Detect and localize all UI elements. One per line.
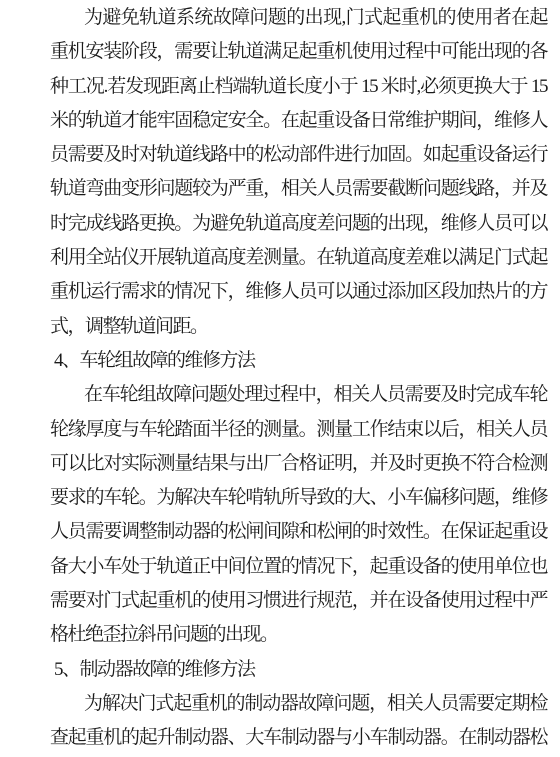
text-block: 为避免轨道系统故障问题的出现,门式起重机的使用者在起重机安装阶段，需要让轨道满足…: [50, 1, 547, 756]
text-line: 格杜绝歪拉斜吊问题的出现。: [50, 618, 547, 652]
document-page: 为避免轨道系统故障问题的出现,门式起重机的使用者在起重机安装阶段，需要让轨道满足…: [0, 0, 560, 757]
section-heading: 5、制动器故障的维修方法: [50, 653, 547, 687]
text-line: 轮缘厚度与车轮踏面半径的测量。测量工作结束以后，相关人员: [50, 413, 547, 447]
text-line: 重机安装阶段，需要让轨道满足起重机使用过程中可能出现的各: [50, 35, 547, 69]
text-line: 时完成线路更换。为避免轨道高度差问题的出现，维修人员可以: [50, 207, 547, 241]
text-line: 为避免轨道系统故障问题的出现,门式起重机的使用者在起: [50, 1, 547, 35]
text-line: 米的轨道才能牢固稳定安全。在起重设备日常维护期间，维修人: [50, 104, 547, 138]
text-line: 人员需要调整制动器的松闸间隙和松闸的时效性。在保证起重设: [50, 515, 547, 549]
text-line: 需要对门式起重机的使用习惯进行规范，并在设备使用过程中严: [50, 584, 547, 618]
text-line: 轨道弯曲变形问题较为严重，相关人员需要截断问题线路，并及: [50, 172, 547, 206]
text-line: 备大小车处于轨道正中间位置的情况下，起重设备的使用单位也: [50, 550, 547, 584]
text-line: 查起重机的起升制动器、大车制动器与小车制动器。在制动器松: [50, 721, 547, 755]
text-line: 员需要及时对轨道线路中的松动部件进行加固。如起重设备运行: [50, 138, 547, 172]
text-line: 为解决门式起重机的制动器故障问题，相关人员需要定期检: [50, 687, 547, 721]
text-line: 可以比对实际测量结果与出厂合格证明，并及时更换不符合检测: [50, 447, 547, 481]
text-line: 要求的车轮。为解决车轮啃轨所导致的大、小车偏移问题，维修: [50, 481, 547, 515]
text-line: 在车轮组故障问题处理过程中，相关人员需要及时完成车轮: [50, 378, 547, 412]
text-line: 重机运行需求的情况下，维修人员可以通过添加区段加热片的方: [50, 275, 547, 309]
text-line: 式，调整轨道间距。: [50, 310, 547, 344]
section-heading: 4、车轮组故障的维修方法: [50, 344, 547, 378]
text-line: 种工况.若发现距离止档端轨道长度小于 15 米时,必须更换大于 15: [50, 70, 547, 104]
text-line: 利用全站仪开展轨道高度差测量。在轨道高度差难以满足门式起: [50, 241, 547, 275]
